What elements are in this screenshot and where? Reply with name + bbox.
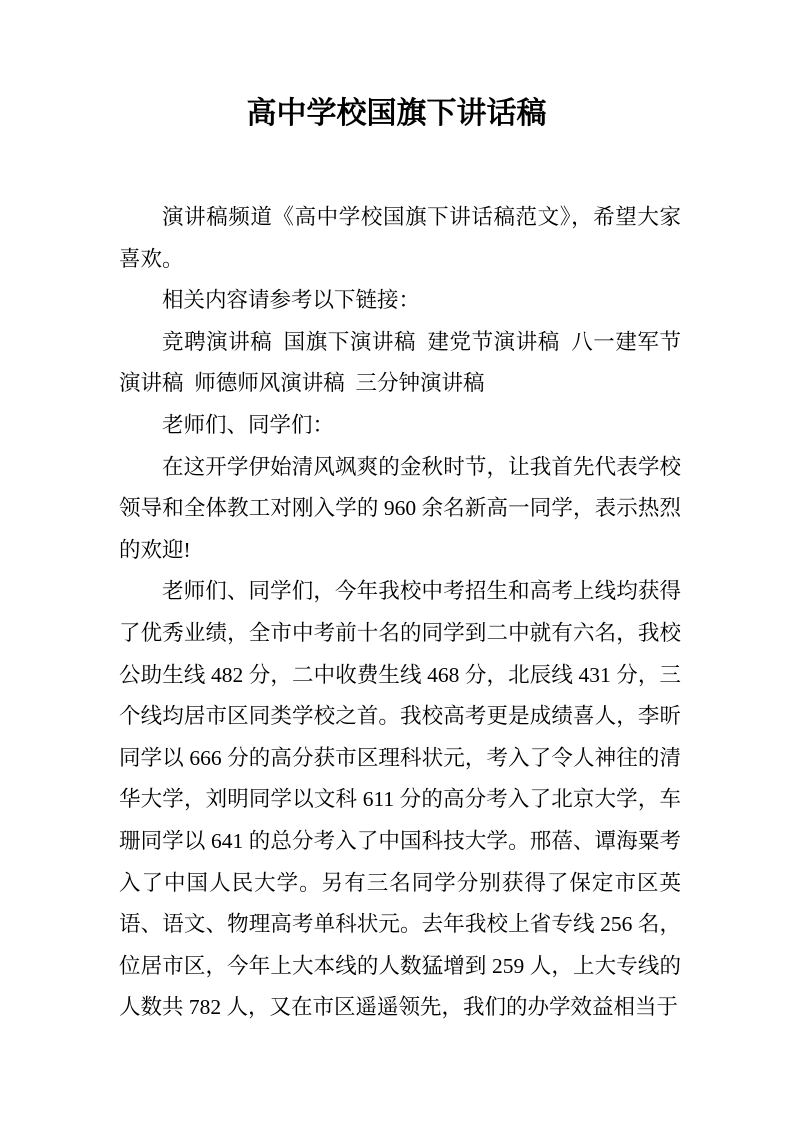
paragraph-welcome: 在这开学伊始清风飒爽的金秋时节，让我首先代表学校领导和全体教工对刚入学的 960… [119,447,681,572]
paragraph-intro: 演讲稿频道《高中学校国旗下讲话稿范文》，希望大家喜欢。 [119,197,681,280]
paragraph-salutation: 老师们、同学们： [119,405,681,447]
document-title: 高中学校国旗下讲话稿 [0,94,793,134]
document-page: 高中学校国旗下讲话稿 演讲稿频道《高中学校国旗下讲话稿范文》，希望大家喜欢。 相… [0,0,793,1122]
paragraph-achievements: 老师们、同学们，今年我校中考招生和高考上线均获得了优秀业绩，全市中考前十名的同学… [119,571,681,1029]
paragraph-related-links: 竞聘演讲稿 国旗下演讲稿 建党节演讲稿 八一建军节演讲稿 师德师风演讲稿 三分钟… [119,322,681,405]
document-body: 演讲稿频道《高中学校国旗下讲话稿范文》，希望大家喜欢。 相关内容请参考以下链接：… [119,197,681,1029]
paragraph-reference-note: 相关内容请参考以下链接： [119,280,681,322]
